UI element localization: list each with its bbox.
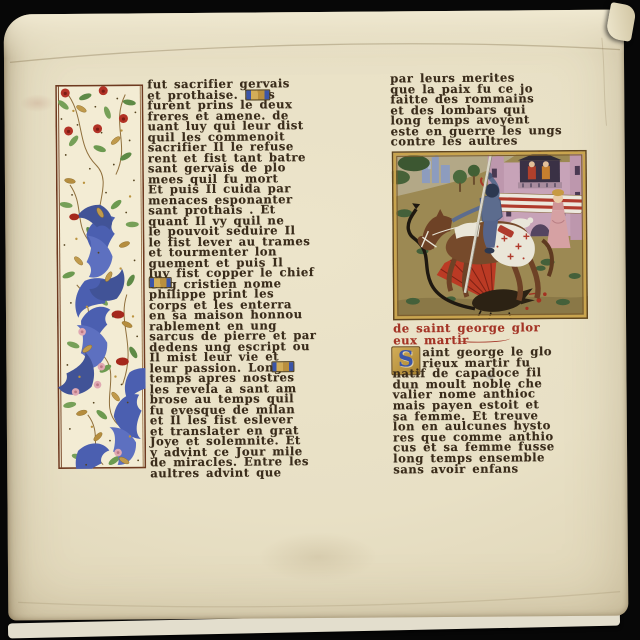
paragraph-mark-ornament	[149, 277, 172, 288]
striped-fence	[494, 193, 582, 213]
manuscript-page: fut sacrifier gervaiset prothaise. Lorsf…	[4, 10, 629, 621]
page-top-curl	[4, 10, 624, 59]
stain	[20, 94, 54, 112]
text-line: sans avoir enfans	[393, 462, 592, 474]
line-filler-ornament	[271, 361, 294, 372]
text-line: aultres advint que	[150, 466, 356, 478]
line-filler-ornament	[245, 89, 270, 100]
stain	[258, 532, 378, 583]
manuscript-photo: fut sacrifier gervaiset prothaise. Lorsf…	[0, 0, 640, 640]
right-text-column-body: aint george le glorieux martir funatif d…	[392, 346, 592, 475]
left-text-column: fut sacrifier gervaiset prothaise. Lorsf…	[147, 78, 356, 479]
floral-border-panel	[55, 84, 146, 469]
text-line: contre les aultres	[391, 135, 590, 147]
rubric-heading: de saint george gloreux martir	[393, 322, 592, 347]
right-text-column-top: par leurs meritesque la paix fu ce jofai…	[390, 72, 590, 147]
saint-george-miniature	[392, 150, 588, 321]
